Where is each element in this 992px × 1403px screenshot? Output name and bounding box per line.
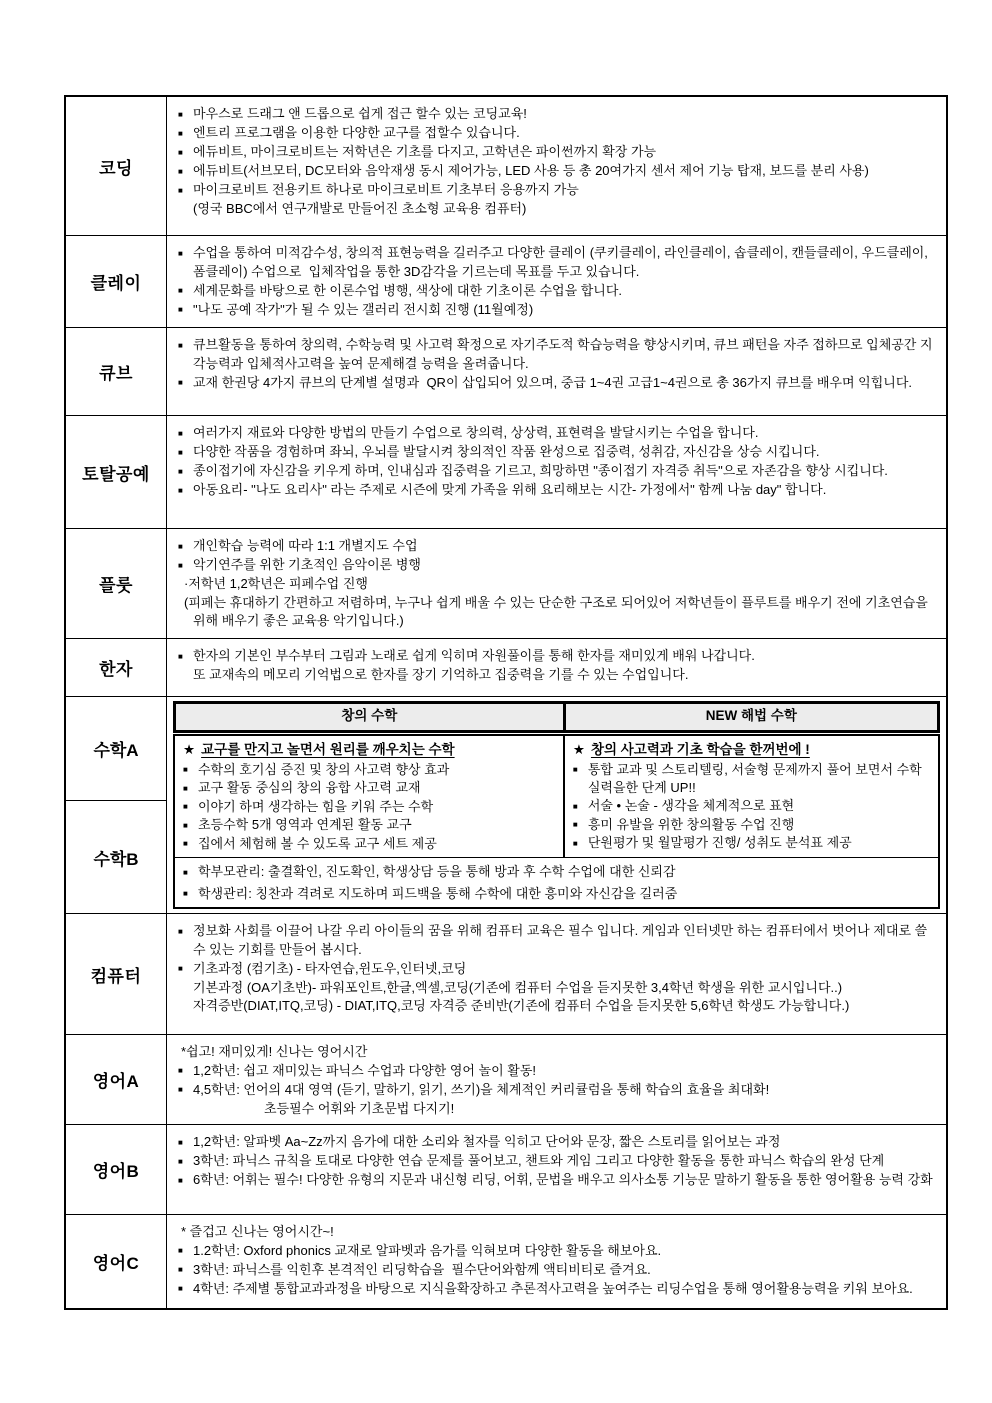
label-text: 수학A bbox=[93, 736, 138, 761]
headline-line: ★창의 사고력과 기초 학습을 한꺼번에 ! bbox=[573, 741, 932, 761]
program-label: 한자 bbox=[66, 639, 167, 696]
bullet-icon: ■ bbox=[178, 144, 193, 163]
row-flute: 플룻 ■개인학습 능력에 따라 1:1 개별지도 수업 ■악기연주를 위한 기초… bbox=[66, 528, 946, 638]
math-inner-table-header: 창의 수학 NEW 해법 수학 bbox=[173, 701, 940, 733]
bullet-line: ■아동요리- "나도 요리사" 라는 주제로 시즌에 맞게 가족을 위해 요리해… bbox=[178, 481, 938, 500]
bullet-line: ■3학년: 파닉스를 익힌후 본격적인 리딩학습을 필수단어와함께 액티비티로 … bbox=[178, 1261, 938, 1280]
bullet-line: ■학생관리: 칭찬과 격려로 지도하며 피드백을 통해 수학에 대한 흥미와 자… bbox=[183, 883, 932, 905]
continuation-line: (영국 BBC에서 연구개발로 만들어진 초소형 교육용 컴퓨터) bbox=[178, 200, 938, 219]
bullet-line: ■여러가지 재료와 다양한 방법의 만들기 수업으로 창의력, 상상력, 표현력… bbox=[178, 424, 938, 443]
bullet-icon: ■ bbox=[178, 245, 193, 264]
program-description: ■1,2학년: 알파벳 Aa~Zz까지 음가에 대한 소리와 철자를 익히고 단… bbox=[167, 1125, 946, 1214]
label-text: 영어C bbox=[93, 1249, 140, 1274]
math-column-creative: ★교구를 만지고 놀면서 원리를 깨우치는 수학 ■수학의 호기심 증진 및 창… bbox=[175, 736, 563, 858]
note-line: (피페는 휴대하기 간편하고 저렴하며, 누구나 쉽게 배울 수 있는 단순한 … bbox=[178, 594, 938, 631]
bullet-icon: ■ bbox=[183, 780, 198, 798]
program-description: ■수업을 통하여 미적감수성, 창의적 표현능력을 길러주고 다양한 클레이 (… bbox=[167, 236, 946, 327]
bullet-icon: ■ bbox=[178, 301, 193, 320]
program-description: ■마우스로 드래그 앤 드롭으로 쉽게 접근 할수 있는 코딩교육! ■엔트리 … bbox=[167, 97, 946, 235]
bullet-line: ■이야기 하며 생각하는 힘을 키워 주는 수학 bbox=[183, 798, 557, 817]
label-text: 클레이 bbox=[91, 269, 142, 294]
bullet-icon: ■ bbox=[573, 816, 588, 834]
program-label: 컴퓨터 bbox=[66, 914, 167, 1034]
bullet-line: ■정보화 사회를 이끌어 나갈 우리 아이들의 꿈을 위해 컴퓨터 교육은 필수… bbox=[178, 922, 938, 960]
math-column-header: NEW 해법 수학 bbox=[563, 704, 937, 730]
continuation-line: 자격증반(DIAT,ITQ,코딩) - DIAT,ITQ,코딩 자격증 준비반(… bbox=[178, 997, 938, 1016]
row-cube: 큐브 ■큐브활동을 통하여 창의력, 수학능력 및 사고력 확정으로 자기주도적… bbox=[66, 327, 946, 415]
bullet-line: ■통합 교과 및 스토리텔링, 서술형 문제까지 풀어 보면서 수학 실력을한 … bbox=[573, 761, 932, 798]
bullet-icon: ■ bbox=[178, 960, 193, 979]
program-label: 플룻 bbox=[66, 529, 167, 638]
row-computer: 컴퓨터 ■정보화 사회를 이끌어 나갈 우리 아이들의 꿈을 위해 컴퓨터 교육… bbox=[66, 913, 946, 1034]
program-label: 큐브 bbox=[66, 328, 167, 415]
document-page: 코딩 ■마우스로 드래그 앤 드롭으로 쉽게 접근 할수 있는 코딩교육! ■엔… bbox=[0, 0, 992, 1310]
program-label: 영어C bbox=[66, 1215, 167, 1308]
bullet-line: ■기초과정 (컴기초) - 타자연습,윈도우,인터넷,코딩 bbox=[178, 960, 938, 979]
bullet-icon: ■ bbox=[573, 761, 588, 779]
bullet-line: ■종이접기에 자신감을 키우게 하며, 인내심과 집중력을 기르고, 희망하면 … bbox=[178, 462, 938, 481]
bullet-line: ■세계문화를 바탕으로 한 이론수업 병행, 색상에 대한 기초이론 수업을 합… bbox=[178, 282, 938, 301]
star-icon: ★ bbox=[183, 742, 195, 757]
bullet-icon: ■ bbox=[178, 463, 193, 482]
label-text: 플룻 bbox=[99, 571, 133, 596]
bullet-line: ■서술 • 논술 - 생각을 체계적으로 표현 bbox=[573, 797, 932, 816]
bullet-line: ■1,2학년: 쉽고 재미있는 파닉스 수업과 다양한 영어 놀이 활동! bbox=[178, 1062, 938, 1081]
bullet-icon: ■ bbox=[183, 862, 198, 883]
bullet-icon: ■ bbox=[178, 1062, 193, 1081]
bullet-icon: ■ bbox=[183, 883, 198, 904]
math-inner-table-body: ★교구를 만지고 놀면서 원리를 깨우치는 수학 ■수학의 호기심 증진 및 창… bbox=[173, 734, 940, 910]
bullet-line: ■1,2학년: 알파벳 Aa~Zz까지 음가에 대한 소리와 철자를 익히고 단… bbox=[178, 1133, 938, 1152]
bullet-icon: ■ bbox=[178, 1153, 193, 1172]
bullet-icon: ■ bbox=[178, 1172, 193, 1191]
math-column-haebeop: ★창의 사고력과 기초 학습을 한꺼번에 ! ■통합 교과 및 스토리텔링, 서… bbox=[563, 736, 938, 858]
bullet-icon: ■ bbox=[178, 923, 193, 942]
bullet-line: ■에듀비트, 마이크로비트는 저학년은 기초를 다지고, 고학년은 파이썬까지 … bbox=[178, 143, 938, 162]
bullet-icon: ■ bbox=[183, 835, 198, 853]
bullet-line: ■4,5학년: 언어의 4대 영역 (듣기, 말하기, 읽기, 쓰기)을 체계적… bbox=[178, 1081, 938, 1100]
program-description: ■큐브활동을 통하여 창의력, 수학능력 및 사고력 확정으로 자기주도적 학습… bbox=[167, 328, 946, 415]
bullet-line: ■에듀비트(서브모터, DC모터와 음악재생 동시 제어가능, LED 사용 등… bbox=[178, 162, 938, 181]
math-description: 창의 수학 NEW 해법 수학 ★교구를 만지고 놀면서 원리를 깨우치는 수학… bbox=[167, 697, 946, 913]
math-label-column: 수학A 수학B bbox=[66, 697, 167, 913]
bullet-icon: ■ bbox=[178, 425, 193, 444]
bullet-icon: ■ bbox=[178, 444, 193, 463]
bullet-line: ■4학년: 주제별 통합교과과정을 바탕으로 지식을확장하고 추론적사고력을 높… bbox=[178, 1280, 938, 1299]
bullet-icon: ■ bbox=[178, 648, 193, 667]
row-hanja: 한자 ■한자의 기본인 부수부터 그림과 노래로 쉽게 익히며 자원풀이를 통해… bbox=[66, 638, 946, 696]
bullet-line: ■악기연주를 위한 기초적인 음악이론 병행 bbox=[178, 556, 938, 575]
program-description: ■개인학습 능력에 따라 1:1 개별지도 수업 ■악기연주를 위한 기초적인 … bbox=[167, 529, 946, 638]
bullet-icon: ■ bbox=[178, 374, 193, 393]
program-label: 토탈공예 bbox=[66, 416, 167, 528]
bullet-line: ■마이크로비트 전용키트 하나로 마이크로비트 기초부터 응용까지 가능 bbox=[178, 181, 938, 200]
row-english-c: 영어C * 즐겁고 신나는 영어시간~! ■1.2학년: Oxford phon… bbox=[66, 1214, 946, 1308]
math-management-notes: ■학부모관리: 출결확인, 진도확인, 학생상담 등을 통해 방과 후 수학 수… bbox=[175, 857, 938, 907]
bullet-line: ■개인학습 능력에 따라 1:1 개별지도 수업 bbox=[178, 537, 938, 556]
bullet-line: ■교구 활동 중심의 창의 융합 사고력 교재 bbox=[183, 779, 557, 798]
program-label: 클레이 bbox=[66, 236, 167, 327]
bullet-icon: ■ bbox=[178, 1261, 193, 1280]
bullet-line: ■학부모관리: 출결확인, 진도확인, 학생상담 등을 통해 방과 후 수학 수… bbox=[183, 861, 932, 883]
bullet-line: ■교재 한권당 4가지 큐브의 단계별 설명과 QR이 삽입되어 있으며, 중급… bbox=[178, 374, 938, 393]
bullet-icon: ■ bbox=[178, 538, 193, 557]
bullet-icon: ■ bbox=[178, 1280, 193, 1299]
program-description: ■한자의 기본인 부수부터 그림과 노래로 쉽게 익히며 자원풀이를 통해 한자… bbox=[167, 639, 946, 696]
label-text: 토탈공예 bbox=[82, 460, 150, 485]
continuation-line: 또 교재속의 메모리 기억법으로 한자를 장기 기억하고 집중력을 기를 수 있… bbox=[178, 666, 938, 685]
program-description: *쉽고! 재미있게! 신나는 영어시간 ■1,2학년: 쉽고 재미있는 파닉스 … bbox=[167, 1035, 946, 1124]
bullet-line: ■단원평가 및 월말평가 진행/ 성취도 분석표 제공 bbox=[573, 834, 932, 853]
label-text: 코딩 bbox=[99, 154, 133, 179]
continuation-line: 기본과정 (OA기초반)- 파워포인트,한글,엑셀,코딩(기존에 컴퓨터 수업을… bbox=[178, 979, 938, 998]
indented-line: 초등필수 어휘와 기초문법 다지기! bbox=[178, 1100, 938, 1119]
row-math: 수학A 수학B 창의 수학 NEW 해법 수학 ★교구를 만지고 놀면서 원리를… bbox=[66, 696, 946, 913]
bullet-icon: ■ bbox=[178, 106, 193, 125]
bullet-line: ■초등수학 5개 영역과 연계된 활동 교구 bbox=[183, 816, 557, 835]
bullet-icon: ■ bbox=[178, 282, 193, 301]
program-label: 코딩 bbox=[66, 97, 167, 235]
bullet-icon: ■ bbox=[178, 482, 193, 501]
bullet-line: ■"나도 공예 작가"가 될 수 있는 갤러리 전시회 진행 (11월예정) bbox=[178, 301, 938, 320]
bullet-line: ■큐브활동을 통하여 창의력, 수학능력 및 사고력 확정으로 자기주도적 학습… bbox=[178, 336, 938, 374]
label-text: 컴퓨터 bbox=[91, 962, 142, 987]
program-table: 코딩 ■마우스로 드래그 앤 드롭으로 쉽게 접근 할수 있는 코딩교육! ■엔… bbox=[64, 95, 948, 1310]
bullet-line: ■6학년: 어휘는 필수! 다양한 유형의 지문과 내신형 리딩, 어휘, 문법… bbox=[178, 1171, 938, 1190]
bullet-icon: ■ bbox=[573, 798, 588, 816]
bullet-line: ■한자의 기본인 부수부터 그림과 노래로 쉽게 익히며 자원풀이를 통해 한자… bbox=[178, 647, 938, 666]
row-clay: 클레이 ■수업을 통하여 미적감수성, 창의적 표현능력을 길러주고 다양한 클… bbox=[66, 235, 946, 327]
bullet-line: ■3학년: 파닉스 규칙을 토대로 다양한 연습 문제를 풀어보고, 챈트와 게… bbox=[178, 1152, 938, 1171]
label-text: 영어A bbox=[93, 1067, 140, 1092]
label-text: 수학B bbox=[93, 845, 138, 870]
bullet-icon: ■ bbox=[178, 182, 193, 201]
bullet-icon: ■ bbox=[573, 835, 588, 853]
bullet-icon: ■ bbox=[183, 817, 198, 835]
program-description: * 즐겁고 신나는 영어시간~! ■1.2학년: Oxford phonics … bbox=[167, 1215, 946, 1308]
star-icon: ★ bbox=[573, 742, 585, 757]
headline-line: ★교구를 만지고 놀면서 원리를 깨우치는 수학 bbox=[183, 741, 557, 761]
program-description: ■정보화 사회를 이끌어 나갈 우리 아이들의 꿈을 위해 컴퓨터 교육은 필수… bbox=[167, 914, 946, 1034]
program-label: 수학A bbox=[66, 697, 166, 800]
bullet-icon: ■ bbox=[178, 163, 193, 182]
program-description: ■여러가지 재료와 다양한 방법의 만들기 수업으로 창의력, 상상력, 표현력… bbox=[167, 416, 946, 528]
program-label: 수학B bbox=[66, 800, 166, 913]
bullet-icon: ■ bbox=[178, 125, 193, 144]
plain-line: * 즐겁고 신나는 영어시간~! bbox=[178, 1223, 938, 1242]
bullet-line: ■수학의 호기심 증진 및 창의 사고력 향상 효과 bbox=[183, 761, 557, 780]
bullet-icon: ■ bbox=[183, 761, 198, 779]
row-coding: 코딩 ■마우스로 드래그 앤 드롭으로 쉽게 접근 할수 있는 코딩교육! ■엔… bbox=[66, 97, 946, 235]
bullet-line: ■마우스로 드래그 앤 드롭으로 쉽게 접근 할수 있는 코딩교육! bbox=[178, 105, 938, 124]
bullet-icon: ■ bbox=[178, 557, 193, 576]
label-text: 큐브 bbox=[99, 359, 133, 384]
label-text: 한자 bbox=[99, 655, 133, 680]
bullet-line: ■1.2학년: Oxford phonics 교재로 알파벳과 음가를 익혀보며… bbox=[178, 1242, 938, 1261]
row-english-a: 영어A *쉽고! 재미있게! 신나는 영어시간 ■1,2학년: 쉽고 재미있는 … bbox=[66, 1034, 946, 1124]
row-english-b: 영어B ■1,2학년: 알파벳 Aa~Zz까지 음가에 대한 소리와 철자를 익… bbox=[66, 1124, 946, 1214]
bullet-line: ■엔트리 프로그램을 이용한 다양한 교구를 접할수 있습니다. bbox=[178, 124, 938, 143]
bullet-line: ■흥미 유발을 위한 창의활동 수업 진행 bbox=[573, 816, 932, 835]
bullet-line: ■수업을 통하여 미적감수성, 창의적 표현능력을 길러주고 다양한 클레이 (… bbox=[178, 244, 938, 282]
row-total-craft: 토탈공예 ■여러가지 재료와 다양한 방법의 만들기 수업으로 창의력, 상상력… bbox=[66, 415, 946, 528]
math-column-header: 창의 수학 bbox=[176, 704, 563, 730]
bullet-icon: ■ bbox=[178, 337, 193, 356]
plain-line: *쉽고! 재미있게! 신나는 영어시간 bbox=[178, 1043, 938, 1062]
bullet-icon: ■ bbox=[178, 1134, 193, 1153]
bullet-icon: ■ bbox=[178, 1081, 193, 1100]
program-label: 영어B bbox=[66, 1125, 167, 1214]
bullet-line: ■다양한 작품을 경험하며 좌뇌, 우뇌를 발달시켜 창의적인 작품 완성으로 … bbox=[178, 443, 938, 462]
label-text: 영어B bbox=[93, 1157, 140, 1182]
bullet-icon: ■ bbox=[178, 1242, 193, 1261]
bullet-icon: ■ bbox=[183, 798, 198, 816]
program-label: 영어A bbox=[66, 1035, 167, 1124]
bullet-line: ■집에서 체험해 볼 수 있도록 교구 세트 제공 bbox=[183, 835, 557, 854]
sub-line: ·저학년 1,2학년은 피페수업 진행 bbox=[178, 575, 938, 594]
